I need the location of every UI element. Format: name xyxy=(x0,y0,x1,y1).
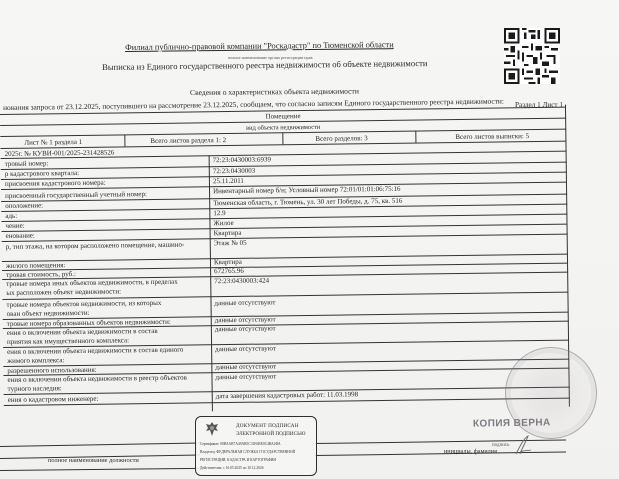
enterprise-complex: данные отсутствуют xyxy=(215,324,276,334)
table-divider xyxy=(2,234,568,242)
assignment-date: 25.11.2011 xyxy=(213,177,244,186)
document-title: Выписка из Единого государственного реес… xyxy=(102,58,428,72)
table-divider xyxy=(1,214,567,222)
row-label: р, тип этажа, на котором расположено пом… xyxy=(6,241,185,252)
parent-objects: 72:23:0430003:424 xyxy=(214,276,269,286)
previous-numbers: Инвентарный номер б/н; Условный номер 72… xyxy=(213,185,401,196)
row-label: оположение: xyxy=(5,201,43,210)
table-divider xyxy=(415,131,416,143)
table-divider xyxy=(0,141,566,149)
document-page: Филиал публично-правовой компании "Роска… xyxy=(0,0,619,479)
row-label-cont: ых расположен объект недвижимости: xyxy=(6,287,121,297)
initials-caption: инициалы, фамилия xyxy=(444,448,497,455)
cadastral-engineer: дата завершения кадастровых работ: 11.03… xyxy=(216,390,358,401)
certificate-number: Сертификат: 00ВААВ7А49АВ5С31Е6ВЕ0С4ВА2ФА xyxy=(200,442,281,446)
floor: Этаж № 05 xyxy=(214,239,247,248)
certificate-owner-cont: РЕГИСТРАЦИИ, КАДАСТРА И КАРТОГРАФИИ xyxy=(200,458,276,462)
row-label: ения о включении объекта недвижимости в … xyxy=(7,374,186,385)
signature-line xyxy=(0,468,200,471)
cadastral-value: 672765.96 xyxy=(214,267,244,276)
source-objects: данные отсутствуют xyxy=(214,298,275,308)
cadastral-number: 72:23:0430003:6939 xyxy=(213,155,271,165)
certificate-validity: Действителен: с 16.05.2025 по 10.12.2026 xyxy=(200,466,264,470)
table-divider xyxy=(2,263,568,271)
handwritten-signature-icon xyxy=(514,434,532,456)
certificate-owner: Владелец: ФЕДЕРАЛЬНАЯ СЛУЖБА ГОСУДАРСТВЕ… xyxy=(200,450,295,454)
row-label: чение: xyxy=(5,222,24,231)
table-divider xyxy=(1,162,567,170)
copy-certified-stamp: КОПИЯ ВЕРНА xyxy=(473,417,551,429)
purpose: Жилое xyxy=(213,219,233,228)
characteristics-table: Помещение вид объекта недвижимости Лист … xyxy=(0,105,570,417)
qr-code-icon xyxy=(504,28,560,84)
premises-type: Квартира xyxy=(214,258,242,267)
signed-label-2: ЭЛЕКТРОННОЙ ПОДПИСЬЮ xyxy=(236,431,305,437)
position-caption: полное наименование должности xyxy=(48,457,139,464)
signature-line xyxy=(0,443,200,447)
area: 12.9 xyxy=(213,209,225,218)
object-name: Квартира xyxy=(214,229,242,238)
organization-name: Филиал публично-правовой компании "Роска… xyxy=(125,40,394,52)
section-subtitle: Сведения о характеристиках объекта недви… xyxy=(190,87,359,97)
table-divider xyxy=(2,254,568,262)
coat-of-arms-icon xyxy=(204,421,220,437)
table-divider xyxy=(124,134,125,146)
table-divider xyxy=(282,132,283,144)
table-divider xyxy=(2,224,568,232)
row-label: енование: xyxy=(6,232,35,241)
row-label: адь: xyxy=(5,212,17,221)
row-label: ения о включении объекта недвижимости в … xyxy=(7,346,183,357)
cultural-heritage: данные отсутствуют xyxy=(215,372,276,382)
electronic-signature-stamp: ДОКУМЕНТ ПОДПИСАН ЭЛЕКТРОННОЙ ПОДПИСЬЮ С… xyxy=(195,416,317,476)
signed-label: ДОКУМЕНТ ПОДПИСАН xyxy=(236,423,299,429)
unified-complex: данные отсутствуют xyxy=(215,344,276,354)
